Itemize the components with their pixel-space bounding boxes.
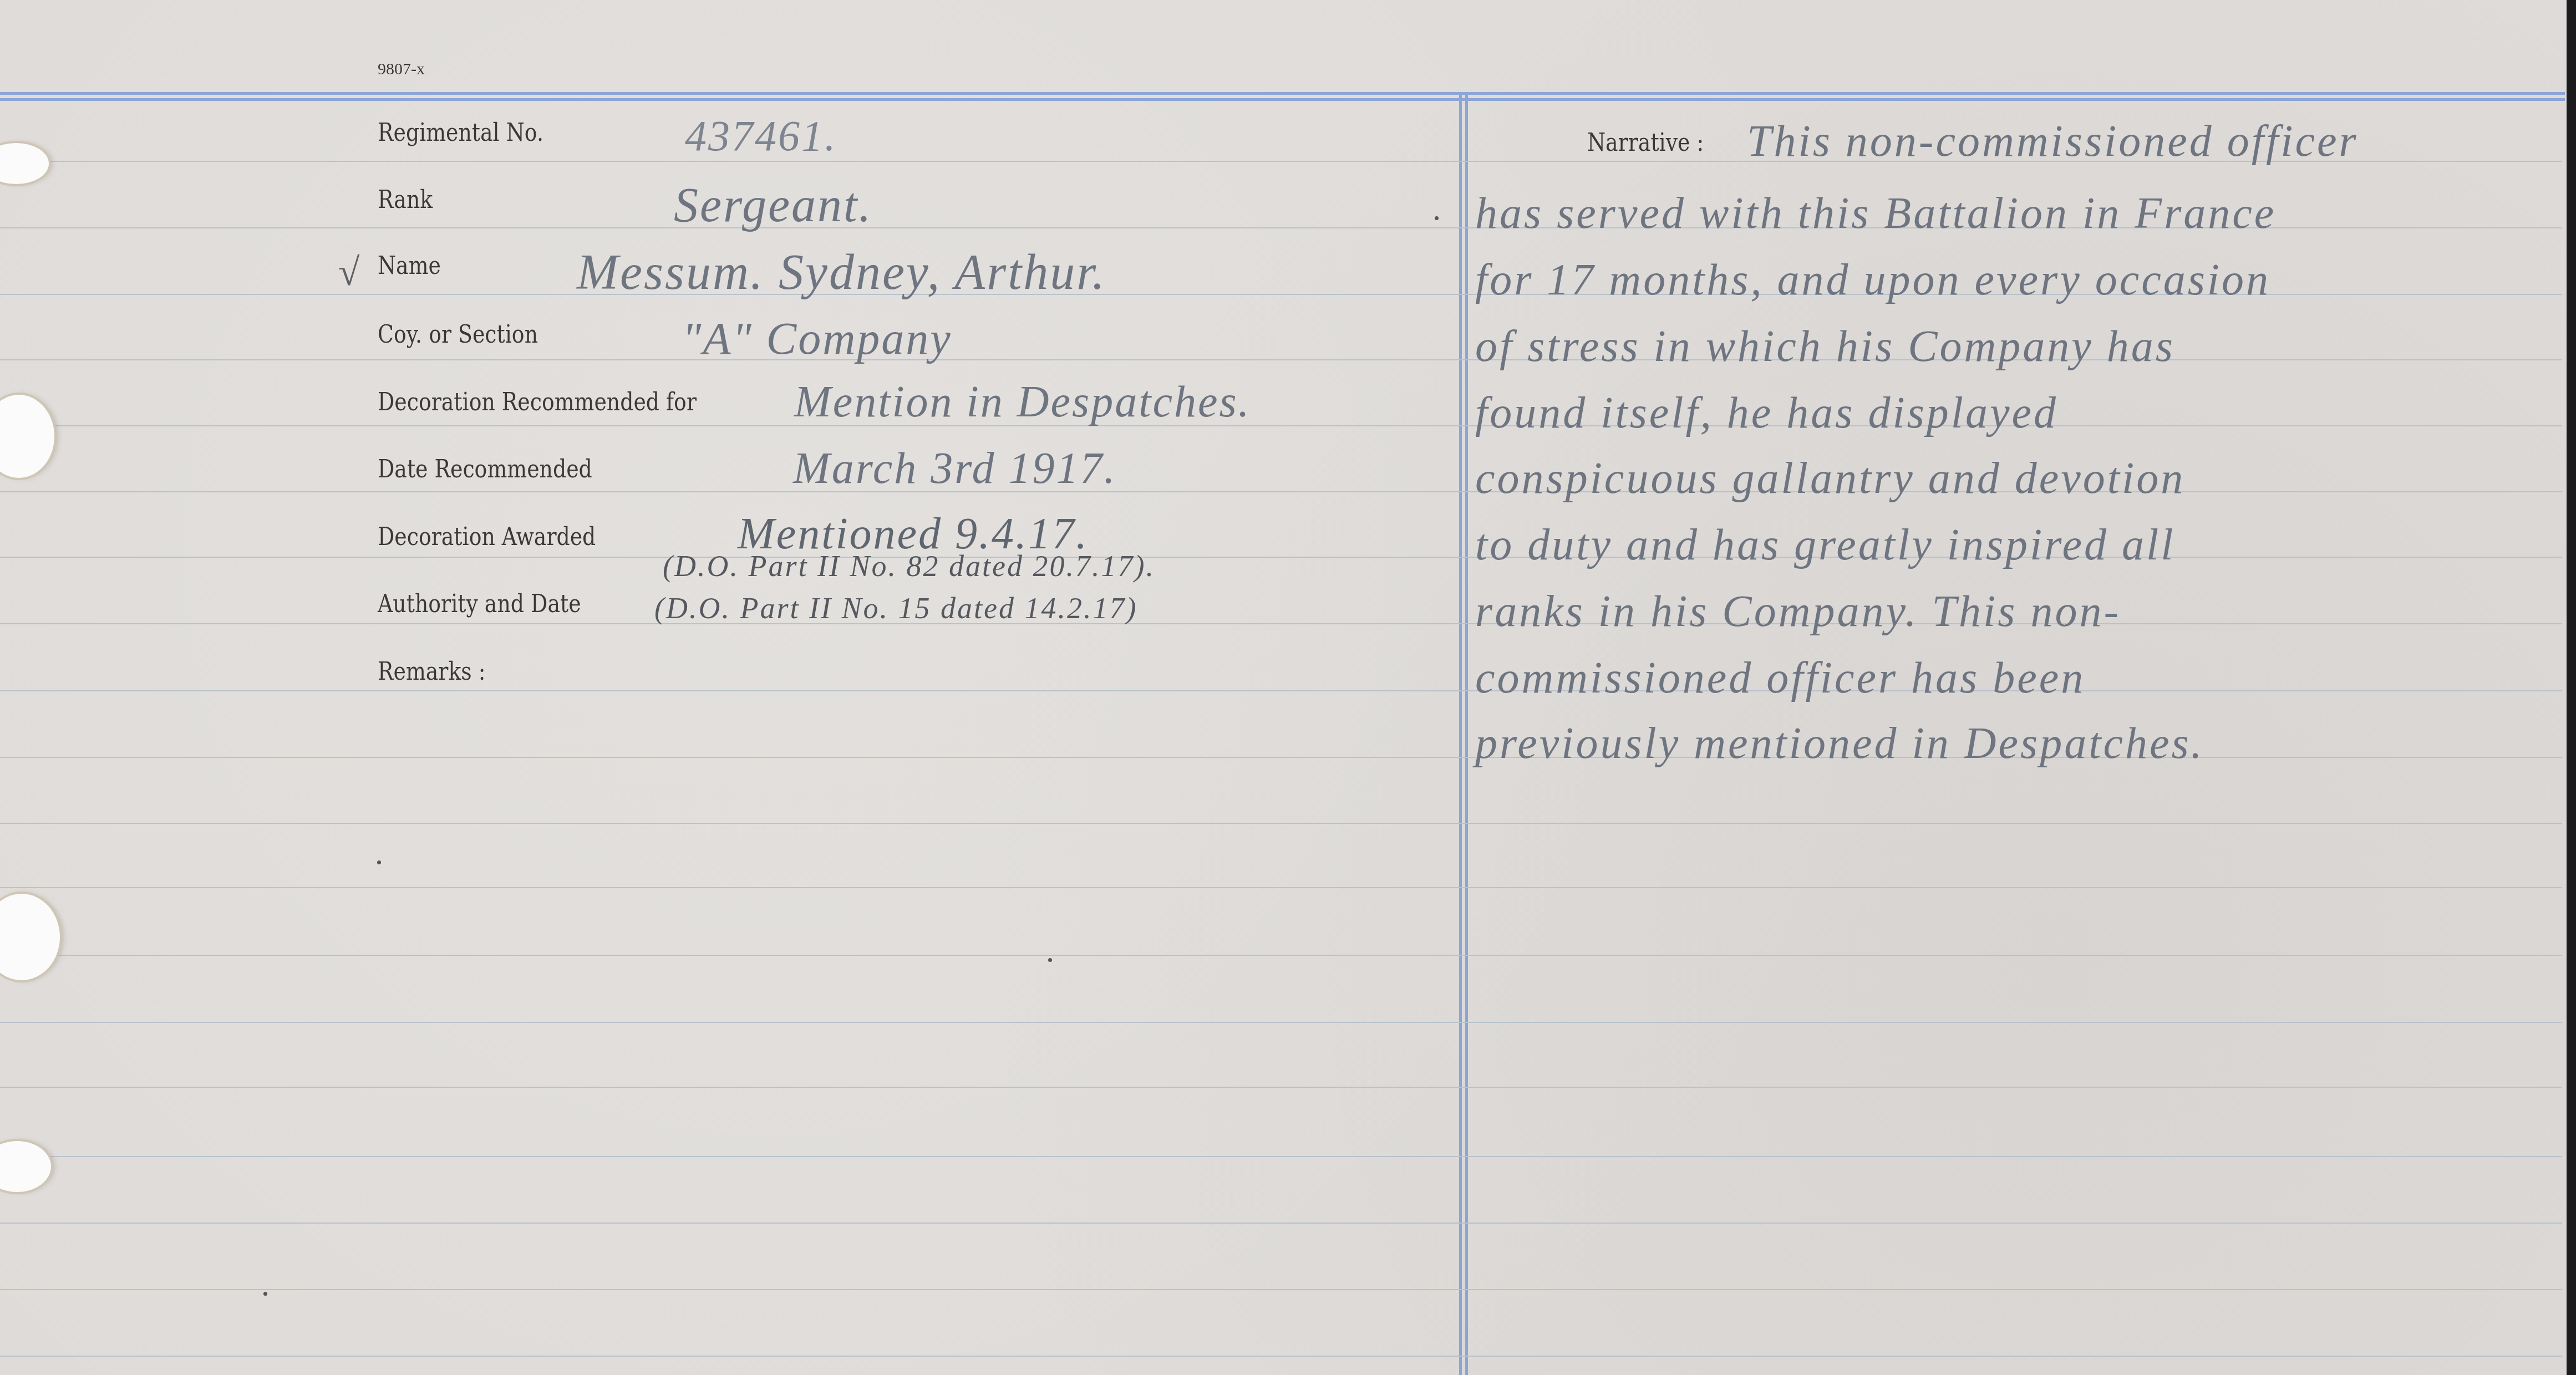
check-mark: √ xyxy=(338,251,361,295)
label-date-recommended: Date Recommended xyxy=(378,455,592,483)
label-regimental-no: Regimental No. xyxy=(378,119,543,147)
ruled-line xyxy=(0,1289,2562,1290)
ruled-line xyxy=(0,1356,2562,1357)
speck xyxy=(377,860,381,864)
form-number: 9807-x xyxy=(378,60,425,79)
ruled-line xyxy=(0,359,2562,360)
ruled-line xyxy=(0,1087,2562,1088)
narrative-line: conspicuous gallantry and devotion xyxy=(1475,454,2185,504)
narrative-line: previously mentioned in Despatches. xyxy=(1475,719,2204,769)
narrative-line: has served with this Battalion in France xyxy=(1475,189,2276,239)
speck xyxy=(1048,958,1052,962)
ruled-line xyxy=(0,557,2562,558)
value-name: Messum. Sydney, Arthur. xyxy=(577,244,1106,301)
punch-hole xyxy=(0,395,54,478)
ruled-line xyxy=(0,623,2562,624)
label-name: Name xyxy=(378,252,441,280)
narrative-line: commissioned officer has been xyxy=(1475,653,2085,704)
label-decoration-awarded: Decoration Awarded xyxy=(378,523,596,551)
ruled-line xyxy=(0,690,2562,691)
ruled-line xyxy=(0,823,2562,824)
record-card: 9807-x √ Regimental No. Rank Name Coy. o… xyxy=(0,0,2567,1375)
punch-hole xyxy=(0,143,49,184)
narrative-line: to duty and has greatly inspired all xyxy=(1475,520,2175,571)
column-divider xyxy=(1465,93,1468,1375)
ruled-line xyxy=(0,1223,2562,1224)
label-narrative: Narrative : xyxy=(1587,129,1704,157)
narrative-line: of stress in which his Company has xyxy=(1475,322,2175,372)
column-divider xyxy=(1459,93,1462,1375)
punch-hole xyxy=(0,894,60,980)
narrative-line: found itself, he has displayed xyxy=(1475,388,2058,439)
ruled-line xyxy=(0,425,2562,426)
label-rank: Rank xyxy=(378,186,433,214)
speck xyxy=(263,1292,267,1296)
narrative-line: for 17 months, and upon every occasion xyxy=(1475,255,2270,305)
label-authority-date: Authority and Date xyxy=(378,590,581,618)
punch-hole xyxy=(0,1141,51,1192)
value-coy-section: "A" Company xyxy=(682,313,952,365)
label-decoration-recommended: Decoration Recommended for xyxy=(378,388,697,416)
value-regimental-no: 437461. xyxy=(685,111,837,161)
ruled-line xyxy=(0,1156,2562,1157)
ruled-line xyxy=(0,887,2562,888)
label-remarks: Remarks : xyxy=(378,658,486,686)
ruled-line xyxy=(0,955,2562,956)
narrative-line: ranks in his Company. This non- xyxy=(1475,587,2121,637)
top-rule xyxy=(0,92,2565,95)
scan-edge xyxy=(2567,0,2576,1375)
top-rule xyxy=(0,98,2565,101)
narrative-line: This non-commissioned officer xyxy=(1747,116,2359,167)
value-decoration-recommended: Mention in Despatches. xyxy=(794,377,1251,427)
value-date-recommended: March 3rd 1917. xyxy=(793,444,1116,494)
value-rank: Sergeant. xyxy=(674,177,873,233)
label-coy-section: Coy. or Section xyxy=(378,320,538,349)
ruled-line xyxy=(0,1022,2562,1023)
value-authority-date: (D.O. Part II No. 15 dated 14.2.17) xyxy=(654,591,1137,625)
speck xyxy=(1435,216,1439,220)
value-authority-above: (D.O. Part II No. 82 dated 20.7.17). xyxy=(663,549,1155,583)
